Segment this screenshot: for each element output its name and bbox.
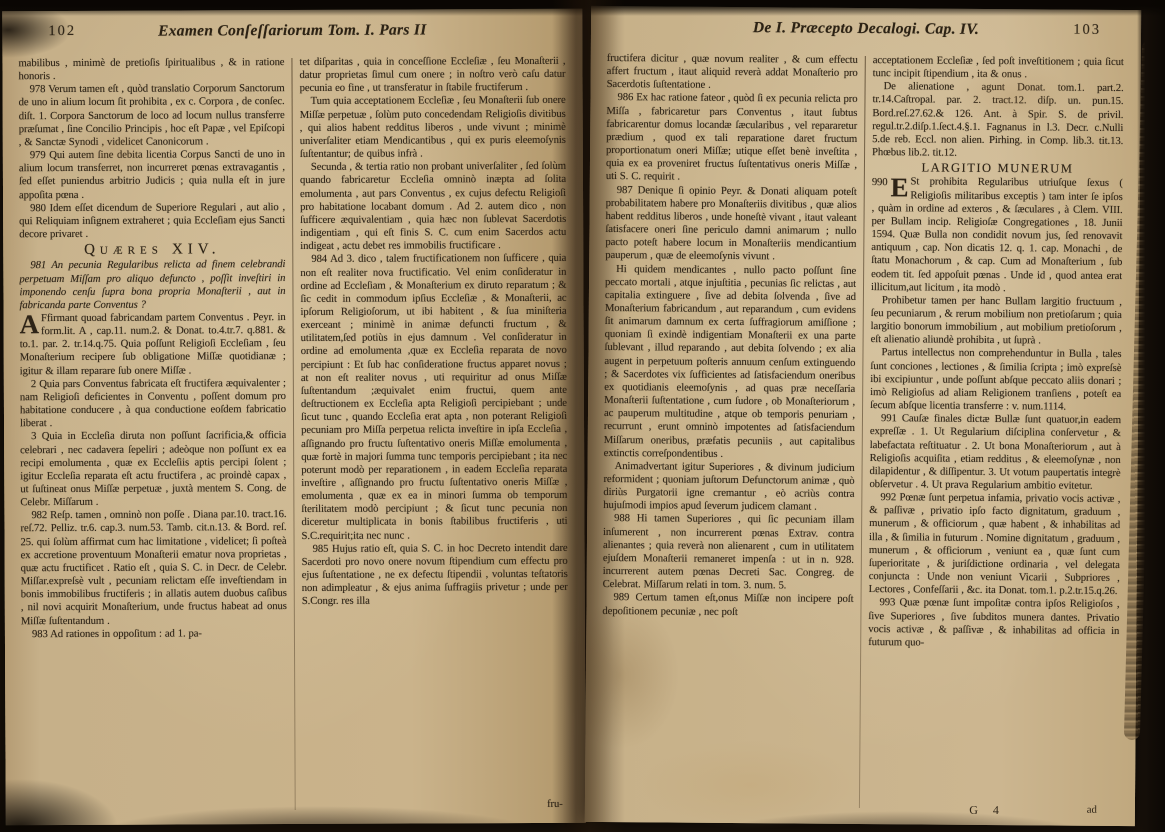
right-column-2: acceptationem Eccleſiæ , ſed poſt inveſt… [867, 54, 1124, 814]
paragraph-number: 990 [872, 176, 888, 189]
page-right: 103 De I. Præcepto Decalogi. Cap. IV. fr… [585, 6, 1141, 826]
paragraph: 991 Cauſæ finales dictæ Bullæ ſunt quatu… [869, 412, 1121, 493]
paragraph: Animadvertant igitur Superiores , & divi… [603, 460, 854, 515]
paragraph: Secunda , & tertia ratio non probant uni… [300, 160, 566, 253]
paragraph: 986 Ex hac ratione fateor , quòd ſi ex p… [606, 91, 858, 185]
book-edge-shadow [1137, 0, 1165, 832]
paragraph: Hi quidem mendicantes , nullo pacto poſſ… [604, 262, 857, 461]
paragraph: 993 Quæ pœnæ ſunt impoſitæ contra ipſos … [868, 596, 1119, 651]
paragraph: 988 Hi tamen Superiores , qui ſic pecuni… [603, 512, 855, 593]
paragraph: De alienatione , agunt Donat. tom.1. par… [872, 80, 1124, 161]
paragraph: 987 Denique ſi opinio Peyr. & Donati ali… [605, 184, 857, 265]
left-column-1: mabilibus , minimè de pretioſis ſpiritua… [18, 56, 287, 815]
page-left: 102 Examen Conſeſſariorum Tom. I. Pars I… [2, 9, 586, 826]
left-column-divider [291, 58, 295, 810]
paragraph: 980 Idem eſſet dicendum de Superiore Reg… [19, 201, 285, 242]
right-column-1: fructifera dicitur , quæ novum realiter … [601, 52, 858, 812]
paragraph: Prohibetur tamen per hanc Bullam largiti… [871, 294, 1122, 349]
left-page-number: 102 [48, 23, 76, 40]
paragraph: 990ESt prohibita Regularibus utriuſque ſ… [871, 175, 1123, 295]
paragraph: fructifera dicitur , quæ novum realiter … [607, 52, 858, 93]
left-page-header: 102 Examen Conſeſſariorum Tom. I. Pars I… [2, 9, 582, 54]
paragraph: tet diſparitas , quia in conceſſione Ecc… [299, 55, 565, 96]
paragraph: 989 Certum tamen eſt,onus Miſſæ non inci… [602, 591, 853, 619]
right-page-columns: fructifera dicitur , quæ novum realiter … [585, 48, 1141, 814]
right-catchword: ad [1087, 804, 1097, 816]
left-page-columns: mabilibus , minimè de pretioſis ſpiritua… [2, 51, 585, 816]
book-photo: 102 Examen Conſeſſariorum Tom. I. Pars I… [0, 0, 1165, 832]
paragraph: Partus intellectus non comprehenduntur i… [870, 346, 1122, 414]
paragraph: 983 Ad rationes in oppoſitum : ad 1. pa- [21, 627, 287, 641]
paragraph: 981 An pecunia Regularibus relicta ad fi… [19, 258, 285, 312]
paragraph: mabilibus , minimè de pretioſis ſpiritua… [18, 56, 284, 83]
left-catchword: fru- [547, 798, 563, 811]
paragraph: 3 Quia in Eccleſia diruta non poſſunt ſa… [20, 429, 286, 509]
gathering-signature: G 4 [969, 803, 1005, 818]
paragraph: 982 Reſp. tamen , omninò non poſſe . Dia… [20, 508, 287, 628]
paragraph: 984 Ad 3. dico , talem fructificationem … [300, 252, 567, 543]
paragraph: LARGITIO MUNERUM [872, 161, 1123, 176]
paragraph: 979 Qui autem ſine debita licentia Corpu… [19, 148, 285, 202]
paragraph: acceptationem Eccleſiæ , ſed poſt inveſt… [873, 54, 1124, 82]
paragraph: AFfirmant quoad fabricandam partem Conve… [20, 311, 286, 378]
paragraph: Quæres XIV. [19, 243, 285, 257]
left-column-2: tet diſparitas , quia in conceſſione Ecc… [299, 55, 568, 814]
left-running-title: Examen Conſeſſariorum Tom. I. Pars II [2, 21, 582, 42]
drop-cap: A [20, 312, 42, 336]
paragraph: 978 Verum tamen eſt , quòd translatio Co… [19, 82, 285, 149]
right-page-header: 103 De I. Præcepto Decalogi. Cap. IV. [591, 6, 1141, 52]
right-column-divider [859, 56, 866, 808]
right-page-footer: G 4 ad [585, 800, 1135, 818]
paragraph: 2 Quia pars Conventus fabricata eſt fruc… [20, 377, 286, 431]
drop-cap: E [890, 176, 910, 200]
paragraph: Tum quia acceptationem Eccleſiæ , ſeu Mo… [300, 94, 566, 161]
paragraph: 992 Pœnæ ſunt perpetua infamia, privatio… [869, 491, 1121, 598]
paragraph: 985 Hujus ratio eſt, quia S. C. in hoc D… [302, 542, 568, 609]
right-page-number: 103 [1073, 22, 1101, 39]
right-running-title: De I. Præcepto Decalogi. Cap. IV. [591, 18, 1141, 40]
